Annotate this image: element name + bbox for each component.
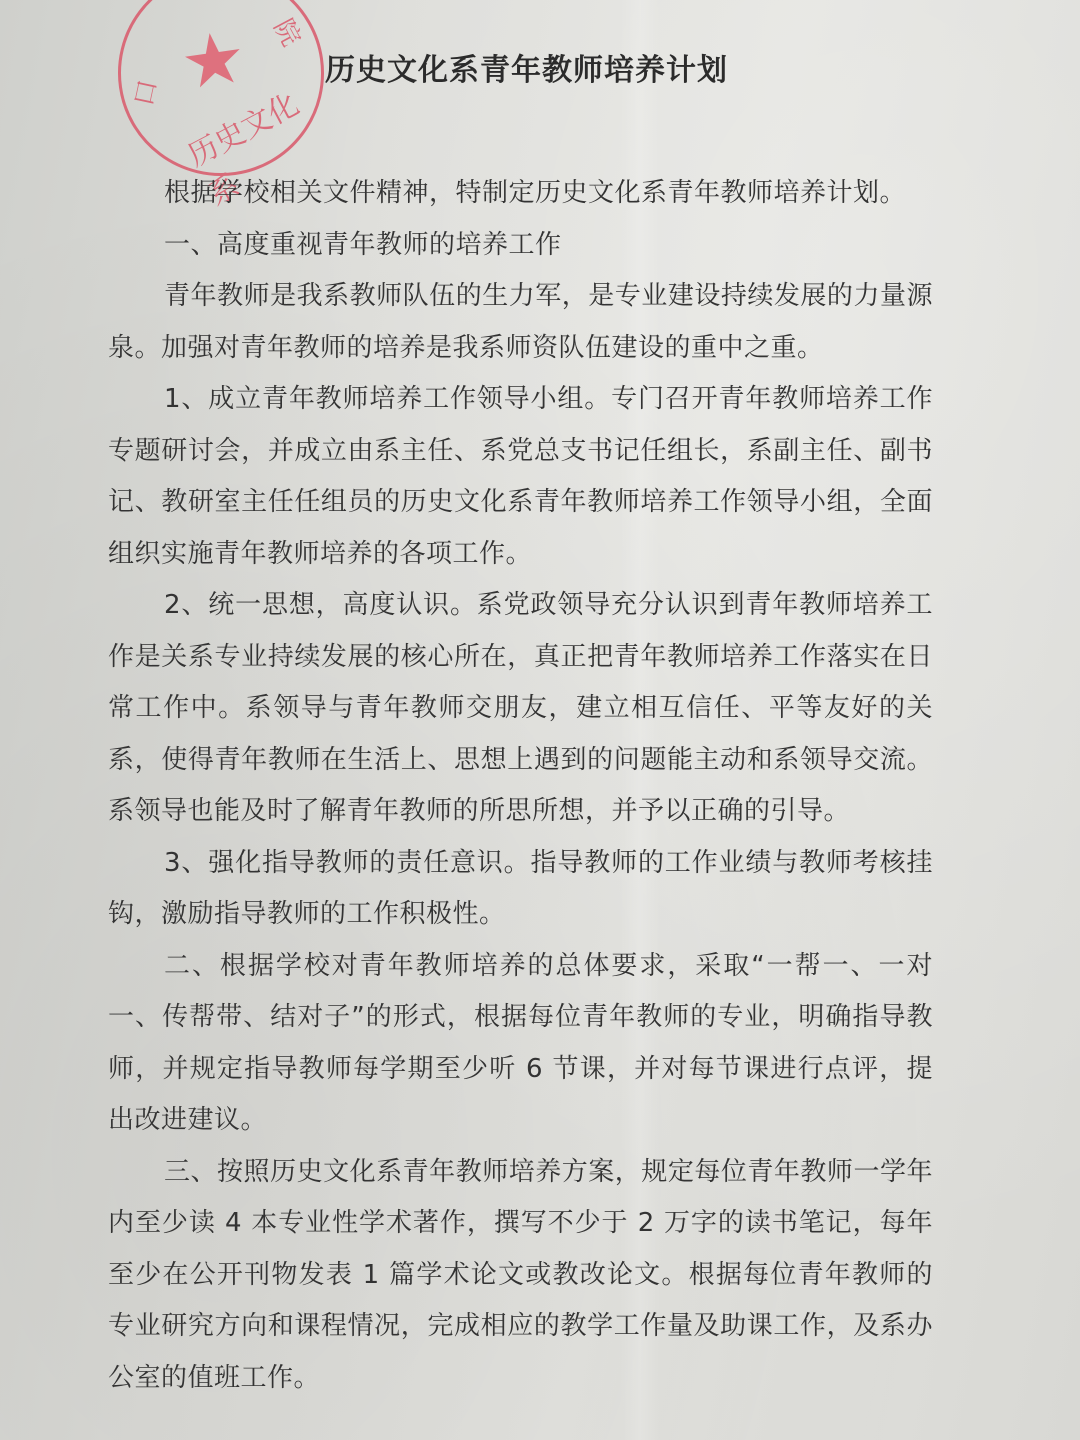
star-icon: ★ [176, 20, 250, 100]
intro-paragraph: 根据学校相关文件精神，特制定历史文化系青年教师培养计划。 [108, 168, 933, 220]
seal-text-left: 口 [123, 76, 165, 109]
list-item-3: 3、强化指导教师的责任意识。指导教师的工作业绩与教师考核挂钩，激励指导教师的工作… [108, 838, 933, 941]
list-item-1: 1、成立青年教师培养工作领导小组。专门召开青年教师培养工作专题研讨会，并成立由系… [108, 374, 933, 580]
section-heading-1: 一、高度重视青年教师的培养工作 [108, 220, 933, 272]
section-2-paragraph: 二、根据学校对青年教师培养的总体要求，采取“一帮一、一对一、传帮带、结对子”的形… [108, 941, 933, 1147]
document-body: 根据学校相关文件精神，特制定历史文化系青年教师培养计划。 一、高度重视青年教师的… [108, 168, 933, 1404]
document-title: 历史文化系青年教师培养计划 [325, 45, 728, 89]
list-item-2: 2、统一思想，高度认识。系党政领导充分认识到青年教师培养工作是关系专业持续发展的… [108, 580, 933, 838]
seal-text-right: 院 [266, 11, 311, 51]
section-3-paragraph: 三、按照历史文化系青年教师培养方案，规定每位青年教师一学年内至少读 4 本专业性… [108, 1147, 933, 1405]
paragraph-1: 青年教师是我系教师队伍的生力军，是专业建设持续发展的力量源泉。加强对青年教师的培… [108, 271, 933, 374]
